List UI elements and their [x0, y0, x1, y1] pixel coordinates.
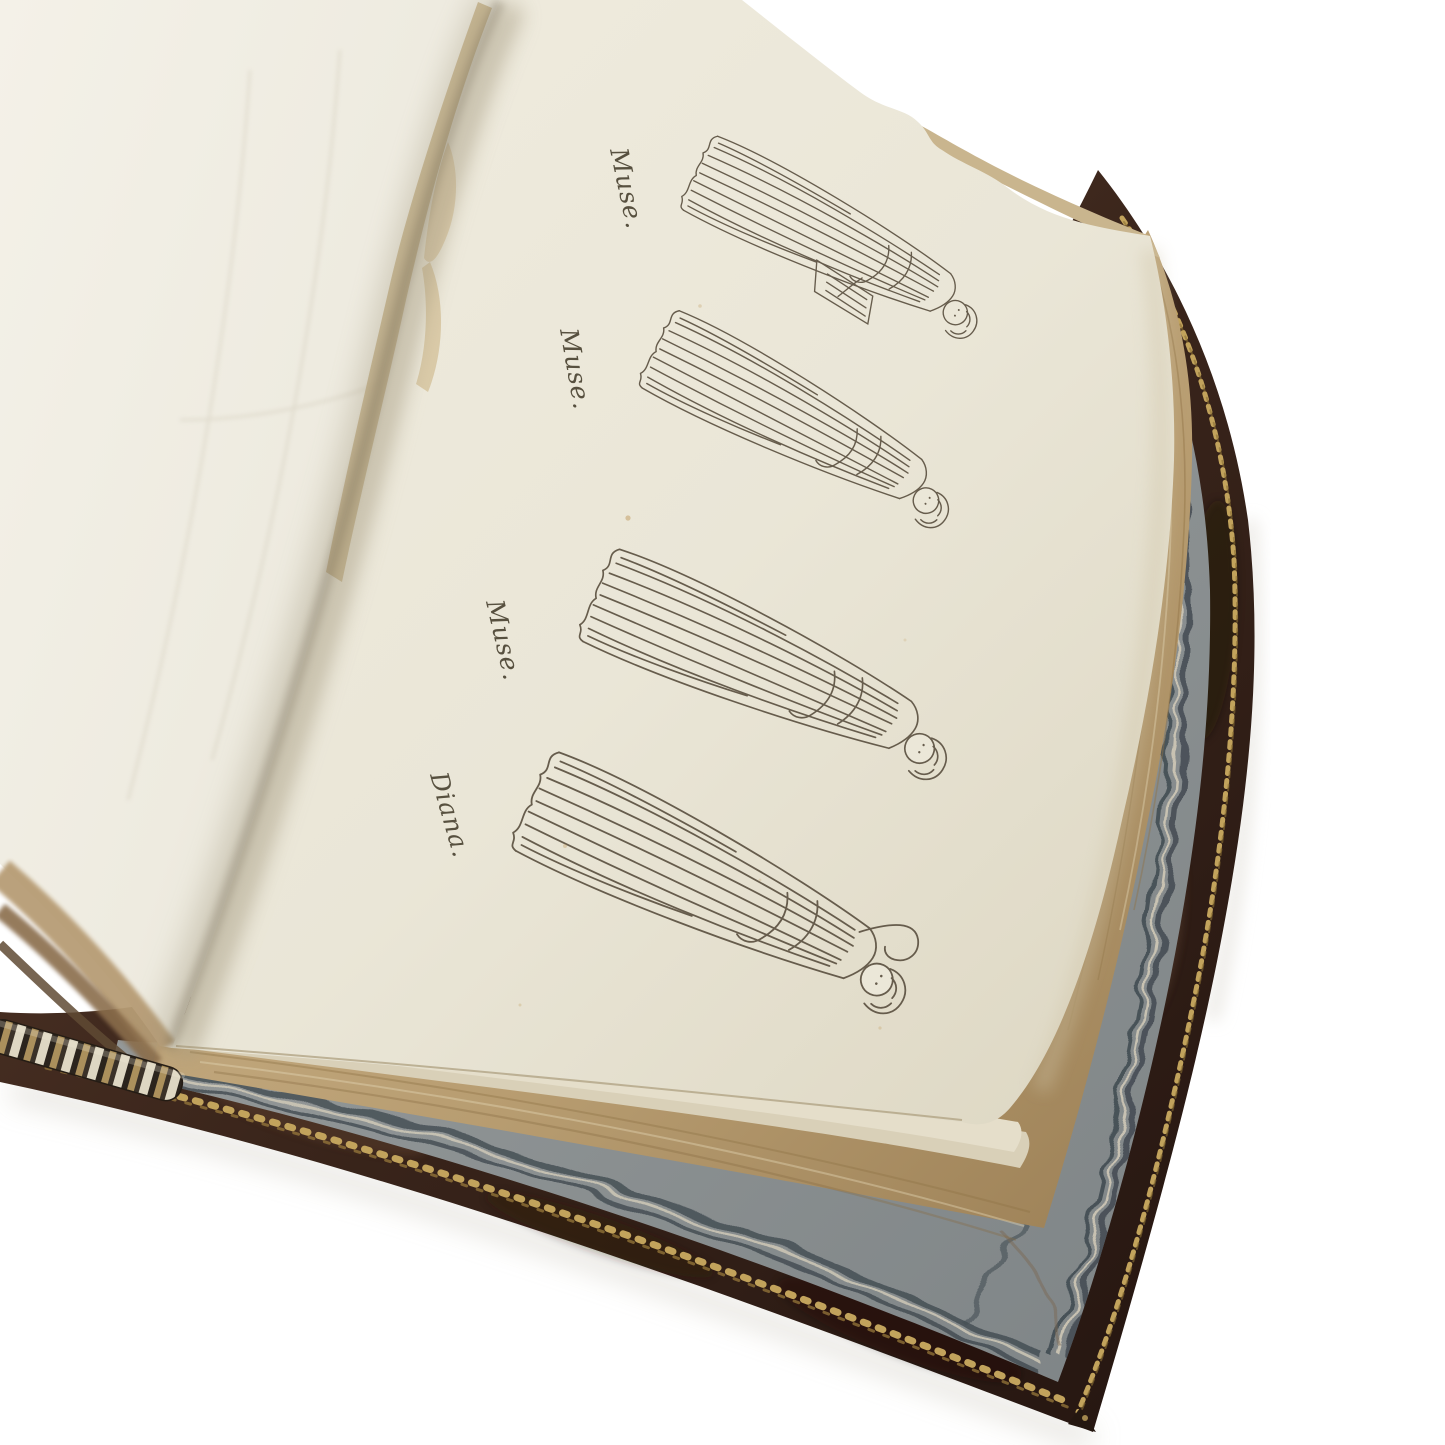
book-photograph: Muse. Muse. Muse. Diana.: [0, 0, 1445, 1445]
book-photo-canvas: Muse. Muse. Muse. Diana.: [0, 0, 1445, 1445]
